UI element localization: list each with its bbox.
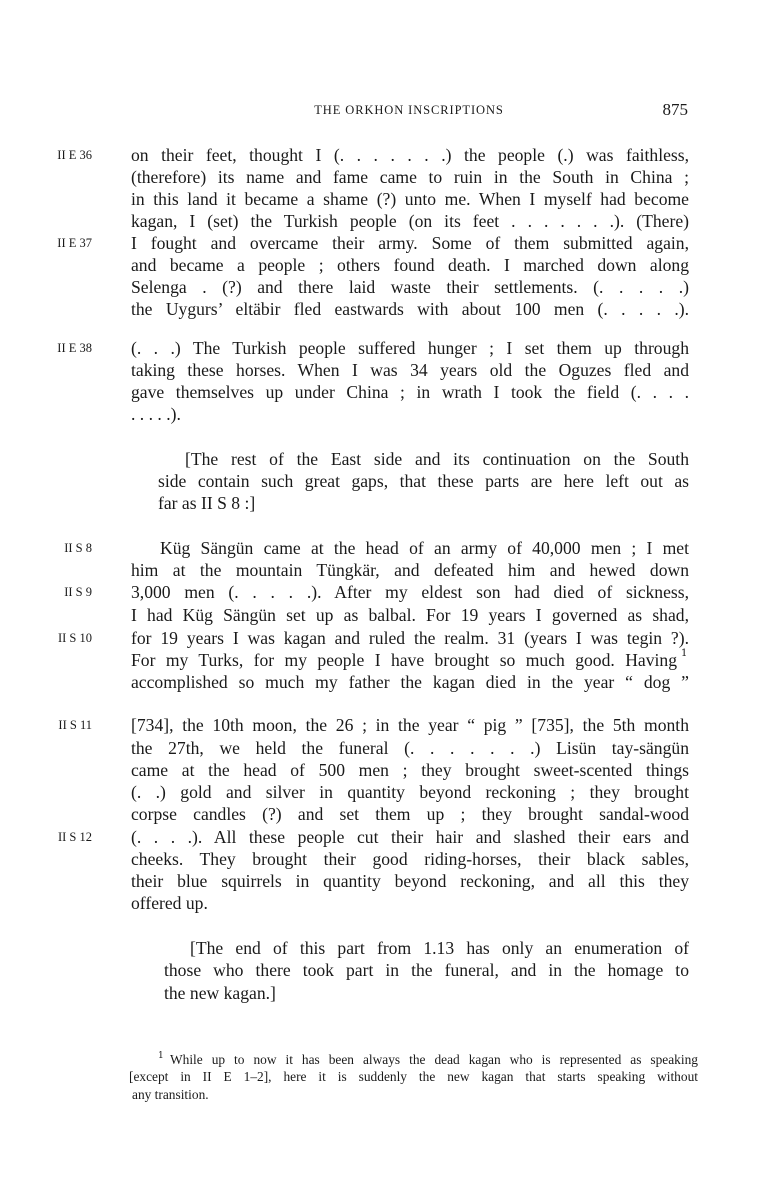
margin-label: II S 9 <box>22 581 92 603</box>
text-line: kagan, I (set) the Turkish people (on it… <box>131 210 689 232</box>
text-line: the 27th, we held the funeral (. . . . .… <box>131 737 689 759</box>
page-number: 875 <box>663 100 689 120</box>
margin-label: II S 12 <box>22 826 92 848</box>
text-line: taking these horses. When I was 34 years… <box>131 359 689 381</box>
text-line: (. .) gold and silver in quantity beyond… <box>131 781 689 803</box>
text-line: the Uygurs’ eltäbir fled eastwards with … <box>131 298 689 320</box>
footnote-line: [except in II E 1–2], here it is suddenl… <box>129 1068 698 1085</box>
text-line: in this land it became a shame (?) unto … <box>131 188 689 210</box>
text-line: far as II S 8 :] <box>158 492 689 514</box>
margin-label: II E 38 <box>22 337 92 359</box>
text-line: side contain such great gaps, that these… <box>158 470 689 492</box>
margin-label: II S 10 <box>22 627 92 649</box>
text-line: [The end of this part from 1.13 has only… <box>190 937 689 959</box>
text-line: and became a people ; others found death… <box>131 254 689 276</box>
book-page: THE ORKHON INSCRIPTIONS 875 II E 36 II E… <box>0 0 760 1196</box>
text-line: (. . .) The Turkish people suffered hung… <box>131 337 689 359</box>
text-line: their blue squirrels in quantity beyond … <box>131 870 689 892</box>
text-line: for 19 years I was kagan and ruled the r… <box>131 627 689 649</box>
margin-label: II S 8 <box>22 537 92 559</box>
text-line: gave themselves up under China ; in wrat… <box>131 381 689 403</box>
text-line: cheeks. They brought their good riding-h… <box>131 848 689 870</box>
text-line: came at the head of 500 men ; they broug… <box>131 759 689 781</box>
text-line: him at the mountain Tüngkär, and defeate… <box>131 559 689 581</box>
text-line: the new kagan.] <box>164 982 689 1004</box>
text-line: [734], the 10th moon, the 26 ; in the ye… <box>131 714 689 736</box>
text-line: corpse candles (?) and set them up ; the… <box>131 803 689 825</box>
text-line: Küg Sängün came at the head of an army o… <box>160 537 689 559</box>
text-line: (therefore) its name and fame came to ru… <box>131 166 689 188</box>
margin-label: II S 11 <box>22 714 92 736</box>
text-line: on their feet, thought I (. . . . . . .)… <box>131 144 689 166</box>
text-line: I had Küg Sängün set up as balbal. For 1… <box>131 604 689 626</box>
text-line: Selenga . (?) and there laid waste their… <box>131 276 689 298</box>
text-line: offered up. <box>131 892 689 914</box>
text-span: For my Turks, for my people I have broug… <box>131 650 677 670</box>
text-line: . . . . .). <box>131 403 689 425</box>
text-line: accomplished so much my father the kagan… <box>131 671 689 693</box>
text-line: 3,000 men (. . . . .). After my eldest s… <box>131 581 689 603</box>
margin-label: II E 37 <box>22 232 92 254</box>
text-line: those who there took part in the funeral… <box>164 959 689 981</box>
running-title: THE ORKHON INSCRIPTIONS <box>130 103 688 118</box>
text-line: (. . . .). All these people cut their ha… <box>131 826 689 848</box>
text-line: For my Turks, for my people I have broug… <box>131 649 677 671</box>
text-line: I fought and overcame their army. Some o… <box>131 232 689 254</box>
text-line: [The rest of the East side and its conti… <box>185 448 689 470</box>
margin-label: II E 36 <box>22 144 92 166</box>
footnote-line: any transition. <box>132 1086 701 1103</box>
running-header: THE ORKHON INSCRIPTIONS 875 <box>130 100 688 120</box>
footnote-line: While up to now it has been always the d… <box>170 1051 698 1068</box>
